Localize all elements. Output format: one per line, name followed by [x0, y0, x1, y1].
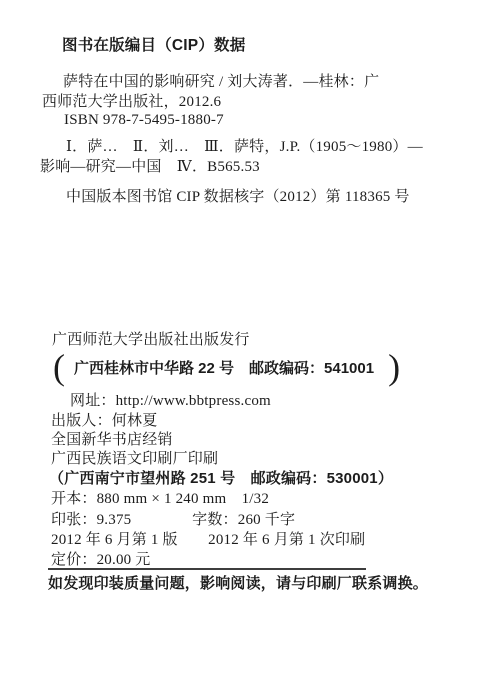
book-copyright-page: 图书在版编目（CIP）数据 萨特在中国的影响研究 / 刘大涛著．—桂林：广 西师…: [0, 0, 500, 691]
cip-record-number: 中国版本图书馆 CIP 数据核字（2012）第 118365 号: [66, 188, 410, 207]
printer-line: 广西民族语文印刷厂印刷: [51, 450, 218, 469]
publisher-line: 广西师范大学出版社出版发行: [52, 331, 250, 350]
distribution-line: 全国新华书店经销: [51, 431, 173, 450]
isbn-number: ISBN 978-7-5495-1880-7: [64, 111, 224, 130]
edition-printing-line: 2012 年 6 月第 1 版 2012 年 6 月第 1 次印刷: [51, 531, 365, 550]
printer-address: （广西南宁市望州路 251 号 邮政编码：530001）: [49, 470, 393, 489]
quality-note: 如发现印装质量问题，影响阅读，请与印刷厂联系调换。: [48, 575, 428, 594]
left-paren-glyph: (: [53, 348, 65, 386]
subject-classification-line-2: 影响—研究—中国 Ⅳ．B565.53: [40, 158, 260, 177]
sheets-wordcount-line: 印张：9.375 字数：260 千字: [51, 511, 295, 530]
right-paren-glyph: ): [388, 348, 400, 386]
chief-publisher-line: 出版人：何林夏: [51, 412, 157, 431]
price-line: 定价：20.00 元: [51, 551, 151, 570]
subject-classification-line-1: Ⅰ．萨… Ⅱ．刘… Ⅲ．萨特，J.P.（1905～1980）—: [66, 138, 423, 157]
publisher-address-row: ( 广西桂林市中华路 22 号 邮政编码：541001 ): [53, 348, 400, 386]
publisher-address: 广西桂林市中华路 22 号 邮政编码：541001: [74, 357, 374, 378]
footer-divider-rule: [48, 568, 366, 570]
format-spec-line: 开本：880 mm × 1 240 mm 1/32: [51, 490, 269, 509]
bibliographic-line-1: 萨特在中国的影响研究 / 刘大涛著．—桂林：广: [63, 73, 379, 92]
website-line: 网址：http://www.bbtpress.com: [70, 392, 271, 411]
cip-header: 图书在版编目（CIP）数据: [62, 36, 245, 55]
bibliographic-line-2: 西师范大学出版社，2012.6: [42, 93, 221, 112]
